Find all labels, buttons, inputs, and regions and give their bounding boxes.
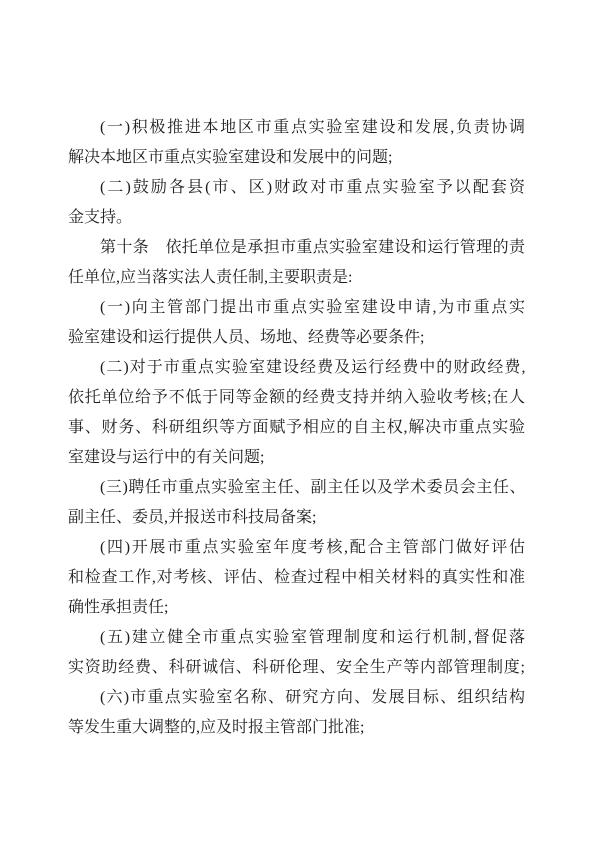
text-line: 实资助经费、科研诚信、科研伦理、安全生产等内部管理制度;	[68, 653, 525, 683]
paragraph: (五)建立健全市重点实验室管理制度和运行机制,督促落 实资助经费、科研诚信、科研…	[68, 623, 525, 683]
text-line: (二)对于市重点实验室建设经费及运行经费中的财政经费,	[68, 353, 525, 383]
text-line: (三)聘任市重点实验室主任、副主任以及学术委员会主任、	[68, 473, 525, 503]
paragraph: (三)聘任市重点实验室主任、副主任以及学术委员会主任、 副主任、委员,并报送市科…	[68, 473, 525, 533]
text-line: (一)向主管部门提出市重点实验室建设申请,为市重点实	[68, 293, 525, 323]
text-line: 验室建设和运行提供人员、场地、经费等必要条件;	[68, 323, 525, 353]
text-line: 副主任、委员,并报送市科技局备案;	[68, 503, 525, 533]
text-line: (五)建立健全市重点实验室管理制度和运行机制,督促落	[68, 623, 525, 653]
paragraph: (六)市重点实验室名称、研究方向、发展目标、组织结构 等发生重大调整的,应及时报…	[68, 683, 525, 743]
text-line: (二)鼓励各县(市、区)财政对市重点实验室予以配套资	[68, 173, 525, 203]
text-line: 依托单位给予不低于同等金额的经费支持并纳入验收考核;在人	[68, 383, 525, 413]
document-page: (一)积极推进本地区市重点实验室建设和发展,负责协调 解决本地区市重点实验室建设…	[0, 0, 601, 850]
text-line: 金支持。	[68, 203, 525, 233]
paragraph: (四)开展市重点实验室年度考核,配合主管部门做好评估 和检查工作,对考核、评估、…	[68, 533, 525, 623]
text-line: (六)市重点实验室名称、研究方向、发展目标、组织结构	[68, 683, 525, 713]
document-body-text: (一)积极推进本地区市重点实验室建设和发展,负责协调 解决本地区市重点实验室建设…	[68, 113, 525, 743]
text-line: 确性承担责任;	[68, 593, 525, 623]
paragraph: (二)对于市重点实验室建设经费及运行经费中的财政经费, 依托单位给予不低于同等金…	[68, 353, 525, 473]
paragraph: (二)鼓励各县(市、区)财政对市重点实验室予以配套资 金支持。	[68, 173, 525, 233]
text-line: 和检查工作,对考核、评估、检查过程中相关材料的真实性和准	[68, 563, 525, 593]
text-line: 第十条 依托单位是承担市重点实验室建设和运行管理的责	[68, 233, 525, 263]
paragraph: (一)积极推进本地区市重点实验室建设和发展,负责协调 解决本地区市重点实验室建设…	[68, 113, 525, 173]
paragraph: (一)向主管部门提出市重点实验室建设申请,为市重点实 验室建设和运行提供人员、场…	[68, 293, 525, 353]
paragraph-article-10: 第十条 依托单位是承担市重点实验室建设和运行管理的责 任单位,应当落实法人责任制…	[68, 233, 525, 293]
text-line: 室建设与运行中的有关问题;	[68, 443, 525, 473]
text-line: 事、财务、科研组织等方面赋予相应的自主权,解决市重点实验	[68, 413, 525, 443]
text-line: 任单位,应当落实法人责任制,主要职责是:	[68, 263, 525, 293]
text-line: (四)开展市重点实验室年度考核,配合主管部门做好评估	[68, 533, 525, 563]
text-line: 解决本地区市重点实验室建设和发展中的问题;	[68, 143, 525, 173]
text-line: 等发生重大调整的,应及时报主管部门批准;	[68, 713, 525, 743]
text-line: (一)积极推进本地区市重点实验室建设和发展,负责协调	[68, 113, 525, 143]
